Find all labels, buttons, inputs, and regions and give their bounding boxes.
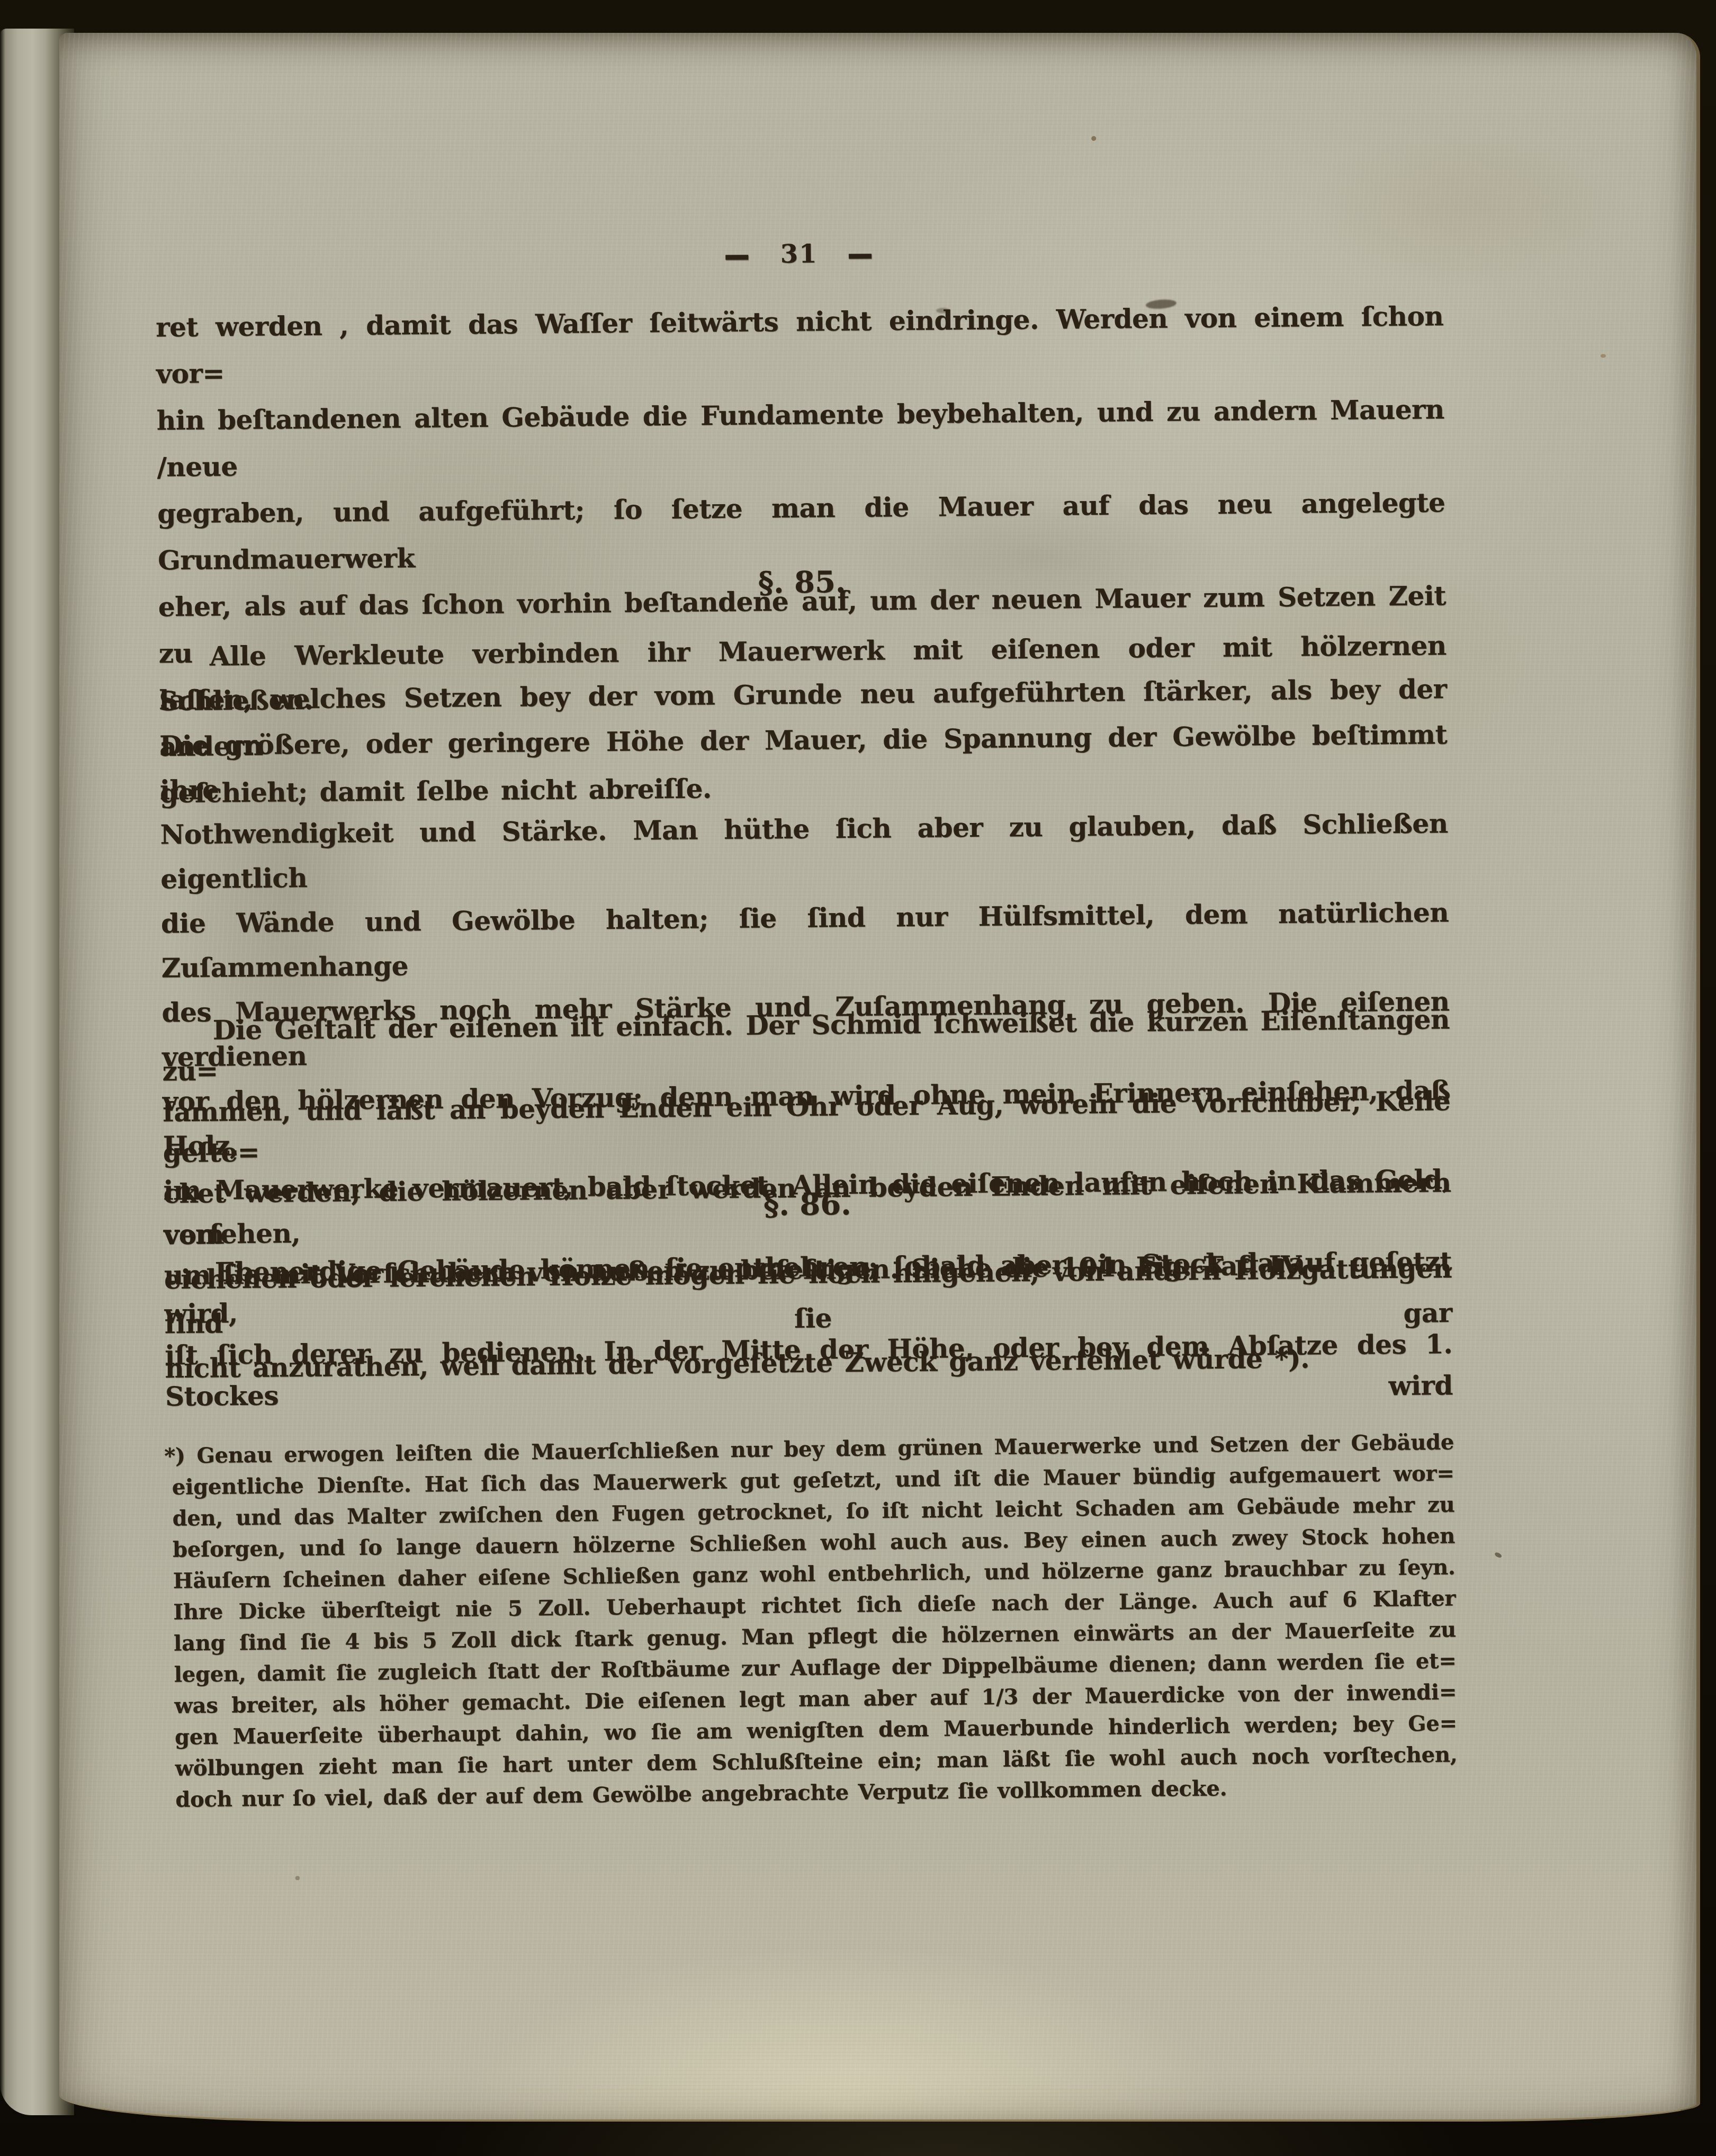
- text-line: Die größere, oder geringere Höhe der Mau…: [159, 712, 1448, 812]
- text-line: ret werden , damit das Waſſer ſeitwärts …: [156, 293, 1444, 397]
- text-line: Nothwendigkeit und Stärke. Man hüthe ſic…: [160, 801, 1448, 901]
- book-page: —31— ret werden , damit das Waſſer ſeitw…: [59, 33, 1700, 2122]
- body-paragraph-4: Ebenerdige Gebäude können ſie entbehren;…: [164, 1241, 1453, 1417]
- paper-speck: [1091, 136, 1096, 141]
- page-content: —31— ret werden , damit das Waſſer ſeitw…: [52, 26, 1707, 2127]
- text-line: iſt ſich derer zu bedienen. In der Mitte…: [165, 1323, 1453, 1417]
- text-line: hin beſtandenen alten Gebäude die Fundam…: [157, 386, 1445, 490]
- paper-speck: [295, 1876, 300, 1880]
- paper-speck: [1494, 1551, 1503, 1559]
- header-rule-right: —: [847, 230, 874, 278]
- paper-speck: [1601, 354, 1606, 358]
- page-number: 31: [780, 239, 818, 269]
- footnote: *) Genau erwogen leiſten die Mauerſchlie…: [164, 1427, 1458, 1815]
- text-line: Ebenerdige Gebäude können ſie entbehren;…: [164, 1241, 1452, 1335]
- text-line: ſammen, und läßt an beyden Enden ein Ohr…: [163, 1080, 1451, 1173]
- header-rule-left: —: [724, 231, 751, 279]
- text-line: Die Geſtalt der eiſenen iſt einfach. Der…: [162, 999, 1450, 1092]
- text-line: Alle Werkleute verbinden ihr Mauerwerk m…: [158, 623, 1447, 723]
- text-line: die Wände und Gewölbe halten; ſie ſind n…: [161, 890, 1449, 990]
- page-header: —31—: [155, 234, 1443, 274]
